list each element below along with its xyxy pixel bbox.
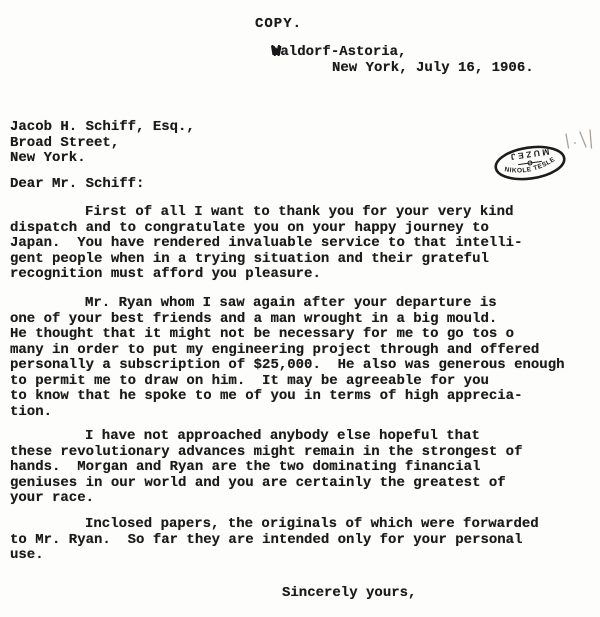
salutation: Dear Mr. Schiff: — [10, 177, 144, 193]
paragraph-2: Mr. Ryan whom I saw again after your dep… — [10, 296, 592, 420]
copy-label: COPY. — [255, 17, 302, 33]
stamp-top-text: MUZEJ — [508, 147, 550, 163]
pencil-stroke — [580, 132, 586, 147]
pencil-marks — [556, 120, 600, 158]
recipient-address: Jacob H. Schiff, Esq., Broad Street, New… — [10, 120, 195, 167]
paragraph-1: First of all I want to thank you for you… — [10, 205, 592, 283]
pencil-stroke — [566, 134, 569, 148]
letterhead-hotel: Waldorf-Astoria, — [272, 45, 406, 61]
letterhead-date: New York, July 16, 1906. — [332, 61, 534, 77]
paragraph-3: I have not approached anybody else hopef… — [10, 429, 592, 507]
letter-page: COPY. Waldorf-Astoria, New York, July 16… — [0, 0, 600, 617]
closing-sincerely: Sincerely yours, — [282, 586, 416, 602]
paragraph-4: Inclosed papers, the originals of which … — [10, 517, 592, 564]
pencil-dot — [574, 142, 576, 144]
pencil-stroke — [590, 130, 592, 148]
